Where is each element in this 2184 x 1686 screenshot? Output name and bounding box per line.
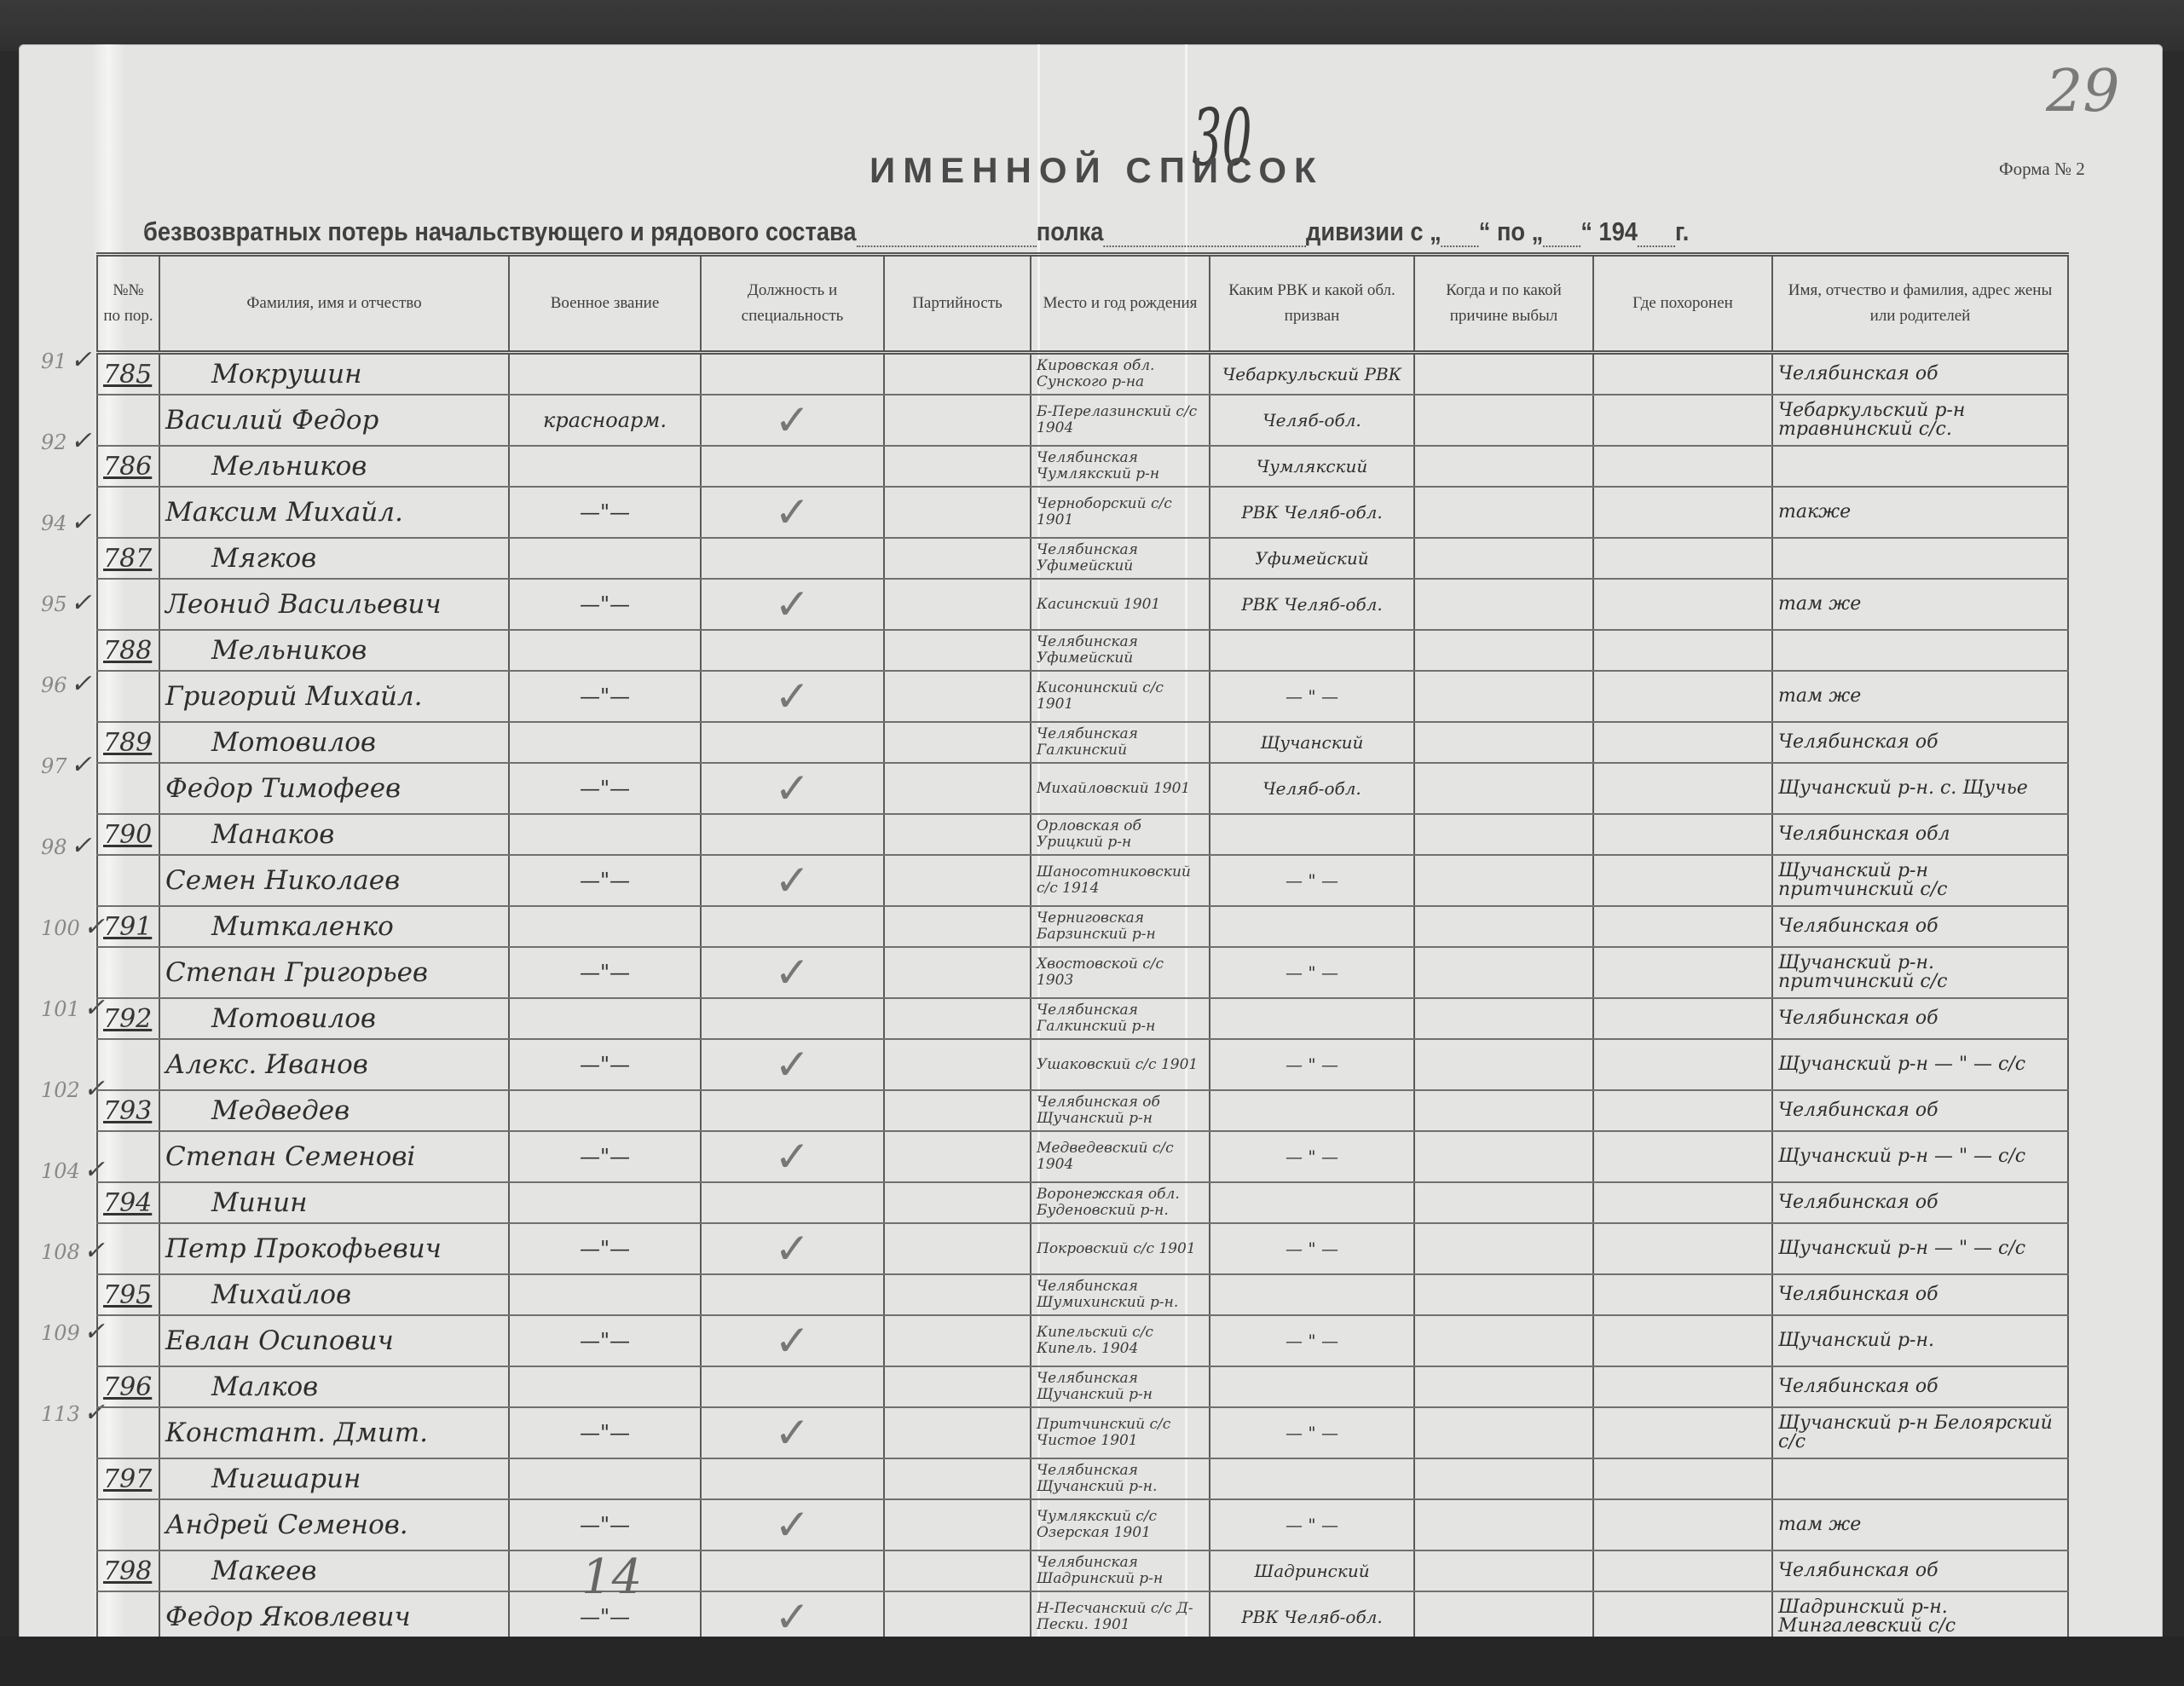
surname: Мельников <box>159 630 509 671</box>
pencil-number: 98 <box>41 835 67 859</box>
surname: Мокрушин <box>159 353 509 396</box>
checkmark-icon: ✓ <box>701 947 884 998</box>
birthplace-line1: Челябинская Чумлякский р-н <box>1031 446 1210 487</box>
surname: Мягков <box>159 538 509 579</box>
relatives-address-line1 <box>1772 446 2068 487</box>
when-why-cell <box>1414 1315 1593 1366</box>
record-number: 787 <box>97 538 159 579</box>
table-row: Василий Федоркрасноарм.✓Б-Перелазинский … <box>97 395 2068 446</box>
when-why-cell <box>1414 353 1593 396</box>
party-cell <box>884 722 1031 763</box>
when-why-cell <box>1414 722 1593 763</box>
birthplace-line2: Медведевский с/с 1904 <box>1031 1131 1210 1182</box>
record-number-cell <box>97 1591 159 1643</box>
burial-cell <box>1593 1458 1772 1499</box>
record-number-cell <box>97 855 159 906</box>
pencil-number: 108 <box>41 1240 80 1264</box>
when-why-cell <box>1414 395 1593 446</box>
given-names: Федор Тимофеев <box>159 763 509 814</box>
record-number-cell <box>97 1315 159 1366</box>
relatives-address-line1: Челябинская об <box>1772 1366 2068 1407</box>
date-from-blank <box>1442 220 1479 247</box>
draft-office-line1 <box>1210 906 1414 947</box>
relatives-address-line2: там же <box>1772 671 2068 722</box>
draft-office-line2: РВК Челяб-обл. <box>1210 579 1414 630</box>
party-cell <box>884 763 1031 814</box>
burial-cell <box>1593 1591 1772 1643</box>
table-row: 787МягковЧелябинская УфимейскийУфимейски… <box>97 538 2068 579</box>
draft-office-line1 <box>1210 1274 1414 1315</box>
burial-cell <box>1593 671 1772 722</box>
military-rank: —"— <box>509 1315 701 1366</box>
draft-office-line2: — " — <box>1210 947 1414 998</box>
table-row: 795МихайловЧелябинская Шумихинский р-н.Ч… <box>97 1274 2068 1315</box>
burial-cell <box>1593 1039 1772 1090</box>
draft-office-line1 <box>1210 1458 1414 1499</box>
tick-icon: ✓ <box>71 426 92 456</box>
rank-cell <box>509 538 701 579</box>
when-why-cell <box>1414 1182 1593 1223</box>
checkmark-icon: ✓ <box>701 1315 884 1366</box>
record-number-cell <box>97 487 159 538</box>
tick-icon: ✓ <box>71 507 92 537</box>
table-row: Григорий Михайл.—"—✓Кисонинский с/с 1901… <box>97 671 2068 722</box>
draft-office-line2: — " — <box>1210 1223 1414 1274</box>
military-rank: —"— <box>509 947 701 998</box>
table-row: Федор Яковлевич—"—✓Н-Песчанский с/с Д-Пе… <box>97 1591 2068 1643</box>
party-cell <box>884 579 1031 630</box>
burial-cell <box>1593 446 1772 487</box>
record-number: 793 <box>97 1090 159 1131</box>
when-why-cell <box>1414 763 1593 814</box>
military-rank: —"— <box>509 763 701 814</box>
draft-office-line2: — " — <box>1210 671 1414 722</box>
party-cell <box>884 814 1031 855</box>
party-cell <box>884 1366 1031 1407</box>
record-number-cell <box>97 579 159 630</box>
party-cell <box>884 906 1031 947</box>
military-rank: —"— <box>509 579 701 630</box>
table-row: 798МакеевЧелябинская Шадринский р-нШадри… <box>97 1550 2068 1591</box>
burial-cell <box>1593 1131 1772 1182</box>
table-row: Леонид Васильевич—"—✓Касинский 1901РВК Ч… <box>97 579 2068 630</box>
party-cell <box>884 998 1031 1039</box>
party-cell <box>884 1039 1031 1090</box>
military-rank: —"— <box>509 671 701 722</box>
checkmark-icon: ✓ <box>701 671 884 722</box>
relatives-address-line1: Челябинская об <box>1772 353 2068 396</box>
birthplace-line1: Воронежская обл. Буденовский р-н. <box>1031 1182 1210 1223</box>
party-cell <box>884 1550 1031 1591</box>
margin-mark: 113✓ <box>41 1398 101 1423</box>
relatives-address-line1: Челябинская об <box>1772 722 2068 763</box>
party-cell <box>884 1274 1031 1315</box>
table-row: 788МельниковЧелябинская Уфимейский <box>97 630 2068 671</box>
tick-icon: ✓ <box>71 345 92 375</box>
burial-cell <box>1593 1223 1772 1274</box>
surname: Макеев <box>159 1550 509 1591</box>
tick-icon: ✓ <box>71 669 92 699</box>
pencil-number: 100 <box>41 916 80 940</box>
document-subtitle: безвозвратных потерь начальствующего и р… <box>143 211 1839 247</box>
burial-cell <box>1593 1090 1772 1131</box>
relatives-address-line1: Челябинская об <box>1772 1090 2068 1131</box>
burial-cell <box>1593 763 1772 814</box>
when-why-cell <box>1414 1131 1593 1182</box>
pencil-number: 96 <box>41 673 67 697</box>
relatives-address-line2: Щучанский р-н — " — с/с <box>1772 1131 2068 1182</box>
relatives-address-line2: Щучанский р-н Белоярский с/с <box>1772 1407 2068 1458</box>
position-cell <box>701 1366 884 1407</box>
birthplace-line2: Михайловский 1901 <box>1031 763 1210 814</box>
birthplace-line1: Челябинская Шадринский р-н <box>1031 1550 1210 1591</box>
record-number: 794 <box>97 1182 159 1223</box>
rank-cell <box>509 722 701 763</box>
burial-cell <box>1593 722 1772 763</box>
header-position: Должность и специальность <box>701 255 884 353</box>
record-number-cell <box>97 763 159 814</box>
header-military-rank: Военное звание <box>509 255 701 353</box>
draft-office-line2: — " — <box>1210 1407 1414 1458</box>
military-rank: —"— <box>509 1223 701 1274</box>
pencil-number: 94 <box>41 511 67 535</box>
position-cell <box>701 1274 884 1315</box>
burial-cell <box>1593 1315 1772 1366</box>
table-row: 789МотовиловЧелябинская ГалкинскийЩучанс… <box>97 722 2068 763</box>
record-number: 786 <box>97 446 159 487</box>
relatives-address-line2: там же <box>1772 579 2068 630</box>
party-cell <box>884 671 1031 722</box>
birthplace-line1: Челябинская Шумихинский р-н. <box>1031 1274 1210 1315</box>
checkmark-icon: ✓ <box>701 1591 884 1643</box>
rank-cell <box>509 630 701 671</box>
given-names: Василий Федор <box>159 395 509 446</box>
birthplace-line1: Челябинская Уфимейский <box>1031 630 1210 671</box>
birthplace-line1: Кировская обл. Сунского р-на <box>1031 353 1210 396</box>
pencil-number: 102 <box>41 1078 80 1102</box>
party-cell <box>884 1090 1031 1131</box>
draft-office-line1 <box>1210 630 1414 671</box>
surname: Миткаленко <box>159 906 509 947</box>
when-why-cell <box>1414 1366 1593 1407</box>
table-row: Степан Семеновi—"—✓Медведевский с/с 1904… <box>97 1131 2068 1182</box>
relatives-address-line2: Щучанский р-н. <box>1772 1315 2068 1366</box>
when-why-cell <box>1414 630 1593 671</box>
surname: Минин <box>159 1182 509 1223</box>
relatives-address-line2: там же <box>1772 1499 2068 1550</box>
position-cell <box>701 1550 884 1591</box>
position-cell <box>701 353 884 396</box>
table-row: 792МотовиловЧелябинская Галкинский р-нЧе… <box>97 998 2068 1039</box>
relatives-address-line1 <box>1772 538 2068 579</box>
record-number-cell <box>97 1131 159 1182</box>
military-rank: —"— <box>509 855 701 906</box>
birthplace-line1: Челябинская Галкинский <box>1031 722 1210 763</box>
party-cell <box>884 395 1031 446</box>
surname: Мотовилов <box>159 722 509 763</box>
burial-cell <box>1593 538 1772 579</box>
position-cell <box>701 446 884 487</box>
position-cell <box>701 814 884 855</box>
table-row: 796МалковЧелябинская Щучанский р-нЧеляби… <box>97 1366 2068 1407</box>
relatives-address-line2: Щучанский р-н. с. Щучье <box>1772 763 2068 814</box>
birthplace-line2: Кисонинский с/с 1901 <box>1031 671 1210 722</box>
when-why-cell <box>1414 671 1593 722</box>
table-row: 791МиткаленкоЧерниговская Барзинский р-н… <box>97 906 2068 947</box>
draft-office-line2: Челяб-обл. <box>1210 763 1414 814</box>
birthplace-line2: Притчинский с/с Чистое 1901 <box>1031 1407 1210 1458</box>
document-title: ИМЕННОЙ СПИСОК <box>870 150 1324 191</box>
birthplace-line1: Челябинская об Щучанский р-н <box>1031 1090 1210 1131</box>
record-number-cell <box>97 1039 159 1090</box>
birthplace-line2: Н-Песчанский с/с Д-Пески. 1901 <box>1031 1591 1210 1643</box>
pencil-number: 109 <box>41 1321 80 1345</box>
military-rank: красноарм. <box>509 395 701 446</box>
table-row: Максим Михайл.—"—✓Черноборский с/с 1901Р… <box>97 487 2068 538</box>
burial-cell <box>1593 395 1772 446</box>
relatives-address-line1: Челябинская обл <box>1772 814 2068 855</box>
position-cell <box>701 1182 884 1223</box>
record-number: 791 <box>97 906 159 947</box>
header-when-why: Когда и по какой причине выбыл <box>1414 255 1593 353</box>
table-row: 793МедведевЧелябинская об Щучанский р-нЧ… <box>97 1090 2068 1131</box>
birthplace-line1: Черниговская Барзинский р-н <box>1031 906 1210 947</box>
position-cell <box>701 1458 884 1499</box>
surname: Михайлов <box>159 1274 509 1315</box>
record-number: 785 <box>97 353 159 396</box>
page-count-note: 14 <box>581 1550 642 1605</box>
draft-office-line2: Челяб-обл. <box>1210 395 1414 446</box>
division-blank <box>1103 220 1306 247</box>
pencil-number: 91 <box>41 349 67 373</box>
header-birthplace: Место и год рождения <box>1031 255 1210 353</box>
rank-cell <box>509 1274 701 1315</box>
party-cell <box>884 1315 1031 1366</box>
checkmark-icon: ✓ <box>701 395 884 446</box>
when-why-cell <box>1414 1407 1593 1458</box>
when-why-cell <box>1414 1499 1593 1550</box>
rank-cell <box>509 1458 701 1499</box>
record-number: 796 <box>97 1366 159 1407</box>
table-row: 794МининВоронежская обл. Буденовский р-н… <box>97 1182 2068 1223</box>
draft-office-line1: Щучанский <box>1210 722 1414 763</box>
draft-office-line1 <box>1210 998 1414 1039</box>
record-number-cell <box>97 1499 159 1550</box>
party-cell <box>884 1131 1031 1182</box>
burial-cell <box>1593 947 1772 998</box>
header-party: Партийность <box>884 255 1031 353</box>
given-names: Евлан Осипович <box>159 1315 509 1366</box>
rank-cell <box>509 446 701 487</box>
party-cell <box>884 446 1031 487</box>
burial-cell <box>1593 1274 1772 1315</box>
table-row: Степан Григорьев—"—✓Хвостовской с/с 1903… <box>97 947 2068 998</box>
birthplace-line2: Б-Перелазинский с/с 1904 <box>1031 395 1210 446</box>
draft-office-line1: Чумлякский <box>1210 446 1414 487</box>
when-why-cell <box>1414 579 1593 630</box>
position-cell <box>701 1090 884 1131</box>
relatives-address-line2: Щучанский р-н — " — с/с <box>1772 1223 2068 1274</box>
pencil-number: 95 <box>41 592 67 616</box>
given-names: Максим Михайл. <box>159 487 509 538</box>
draft-office-line2: — " — <box>1210 1499 1414 1550</box>
draft-office-line1: Чебаркульский РВК <box>1210 353 1414 396</box>
surname: Мельников <box>159 446 509 487</box>
when-why-cell <box>1414 1458 1593 1499</box>
birthplace-line2: Покровский с/с 1901 <box>1031 1223 1210 1274</box>
burial-cell <box>1593 1407 1772 1458</box>
header-burial: Где похоронен <box>1593 255 1772 353</box>
party-cell <box>884 538 1031 579</box>
margin-mark: 91✓ <box>41 345 101 371</box>
relatives-address-line2: Шадринский р-н. Мингалевский с/с <box>1772 1591 2068 1643</box>
birthplace-line2: Кипельский с/с Кипель. 1904 <box>1031 1315 1210 1366</box>
when-why-cell <box>1414 906 1593 947</box>
when-why-cell <box>1414 1039 1593 1090</box>
pencil-number: 104 <box>41 1159 80 1183</box>
rank-cell <box>509 814 701 855</box>
party-cell <box>884 947 1031 998</box>
birthplace-line2: Ушаковский с/с 1901 <box>1031 1039 1210 1090</box>
rank-cell <box>509 1366 701 1407</box>
military-rank: —"— <box>509 1039 701 1090</box>
given-names: Степан Григорьев <box>159 947 509 998</box>
margin-mark: 94✓ <box>41 507 101 533</box>
given-names: Степан Семеновi <box>159 1131 509 1182</box>
birthplace-line1: Челябинская Галкинский р-н <box>1031 998 1210 1039</box>
given-names: Семен Николаев <box>159 855 509 906</box>
checkmark-icon: ✓ <box>701 487 884 538</box>
relatives-address-line1: Челябинская об <box>1772 1182 2068 1223</box>
table-row: Алекс. Иванов—"—✓Ушаковский с/с 1901— " … <box>97 1039 2068 1090</box>
burial-cell <box>1593 487 1772 538</box>
position-cell <box>701 722 884 763</box>
checkmark-icon: ✓ <box>701 1131 884 1182</box>
party-cell <box>884 1182 1031 1223</box>
draft-office-line1 <box>1210 814 1414 855</box>
relatives-address-line2: Щучанский р-н. притчинский с/с <box>1772 947 2068 998</box>
header-relatives-address: Имя, отчество и фамилия, адрес жены или … <box>1772 255 2068 353</box>
record-number: 792 <box>97 998 159 1039</box>
record-number: 795 <box>97 1274 159 1315</box>
rank-cell <box>509 1090 701 1131</box>
relatives-address-line2: Чебаркульский р-н травнинский с/с. <box>1772 395 2068 446</box>
birthplace-line2: Черноборский с/с 1901 <box>1031 487 1210 538</box>
draft-office-line2: РВК Челяб-обл. <box>1210 487 1414 538</box>
surname: Мотовилов <box>159 998 509 1039</box>
burial-cell <box>1593 1366 1772 1407</box>
relatives-address-line1 <box>1772 1458 2068 1499</box>
sheet-number-corner: 29 <box>2046 58 2120 125</box>
burial-cell <box>1593 579 1772 630</box>
record-number: 788 <box>97 630 159 671</box>
rank-cell <box>509 998 701 1039</box>
margin-mark: 101✓ <box>41 993 101 1019</box>
year-blank <box>1638 220 1675 247</box>
subtitle-text-g: г. <box>1675 217 1689 247</box>
relatives-address-line1: Челябинская об <box>1772 1550 2068 1591</box>
margin-mark: 100✓ <box>41 912 101 938</box>
when-why-cell <box>1414 855 1593 906</box>
draft-office-line2: — " — <box>1210 1131 1414 1182</box>
party-cell <box>884 1223 1031 1274</box>
header-full-name: Фамилия, имя и отчество <box>159 255 509 353</box>
pencil-number: 101 <box>41 997 80 1021</box>
surname: Манаков <box>159 814 509 855</box>
given-names: Петр Прокофьевич <box>159 1223 509 1274</box>
table-row: Андрей Семенов.—"—✓Чумлякский с/с Озерск… <box>97 1499 2068 1550</box>
table-row: Семен Николаев—"—✓Шаносотниковский с/с 1… <box>97 855 2068 906</box>
margin-mark: 108✓ <box>41 1236 101 1262</box>
position-cell <box>701 538 884 579</box>
margin-mark: 104✓ <box>41 1155 101 1181</box>
record-number-cell <box>97 1223 159 1274</box>
when-why-cell <box>1414 1591 1593 1643</box>
table-row: Петр Прокофьевич—"—✓Покровский с/с 1901—… <box>97 1223 2068 1274</box>
when-why-cell <box>1414 1223 1593 1274</box>
relatives-address-line2: также <box>1772 487 2068 538</box>
military-rank: —"— <box>509 1407 701 1458</box>
when-why-cell <box>1414 1550 1593 1591</box>
surname: Мигшарин <box>159 1458 509 1499</box>
margin-mark: 96✓ <box>41 669 101 695</box>
record-number: 797 <box>97 1458 159 1499</box>
when-why-cell <box>1414 487 1593 538</box>
checkmark-icon: ✓ <box>701 1407 884 1458</box>
birthplace-line1: Челябинская Уфимейский <box>1031 538 1210 579</box>
table-row: 797МигшаринЧелябинская Щучанский р-н. <box>97 1458 2068 1499</box>
surname: Медведев <box>159 1090 509 1131</box>
rank-cell <box>509 353 701 396</box>
margin-mark: 92✓ <box>41 426 101 452</box>
margin-mark: 102✓ <box>41 1074 101 1100</box>
party-cell <box>884 487 1031 538</box>
rank-cell <box>509 906 701 947</box>
given-names: Григорий Михайл. <box>159 671 509 722</box>
when-why-cell <box>1414 1090 1593 1131</box>
table-row: 786МельниковЧелябинская Чумлякский р-нЧу… <box>97 446 2068 487</box>
birthplace-line2: Шаносотниковский с/с 1914 <box>1031 855 1210 906</box>
date-to-blank <box>1543 220 1580 247</box>
pencil-number: 113 <box>41 1402 80 1426</box>
checkmark-icon: ✓ <box>701 1223 884 1274</box>
margin-mark: 109✓ <box>41 1317 101 1342</box>
when-why-cell <box>1414 538 1593 579</box>
margin-mark: 98✓ <box>41 831 101 857</box>
draft-office-line1 <box>1210 1366 1414 1407</box>
when-why-cell <box>1414 947 1593 998</box>
surname: Малков <box>159 1366 509 1407</box>
record-number: 798 <box>97 1550 159 1591</box>
margin-annotations: 91✓92✓94✓95✓96✓97✓98✓100✓101✓102✓104✓108… <box>41 345 101 1470</box>
subtitle-text-to: “ по „ <box>1479 217 1544 247</box>
checkmark-icon: ✓ <box>701 763 884 814</box>
record-number-cell <box>97 671 159 722</box>
burial-cell <box>1593 1182 1772 1223</box>
subtitle-text-losses: безвозвратных потерь начальствующего и р… <box>143 217 857 247</box>
burial-cell <box>1593 998 1772 1039</box>
birthplace-line1: Челябинская Щучанский р-н. <box>1031 1458 1210 1499</box>
position-cell <box>701 998 884 1039</box>
when-why-cell <box>1414 446 1593 487</box>
scan-background-bottom <box>0 1637 2184 1686</box>
burial-cell <box>1593 353 1772 396</box>
party-cell <box>884 1499 1031 1550</box>
losses-register-table: №№ по пор. Фамилия, имя и отчество Военн… <box>96 252 2069 1643</box>
birthplace-line2: Хвостовской с/с 1903 <box>1031 947 1210 998</box>
birthplace-line2: Чумлякский с/с Озерская 1901 <box>1031 1499 1210 1550</box>
subtitle-text-division: дивизии с „ <box>1306 217 1442 247</box>
